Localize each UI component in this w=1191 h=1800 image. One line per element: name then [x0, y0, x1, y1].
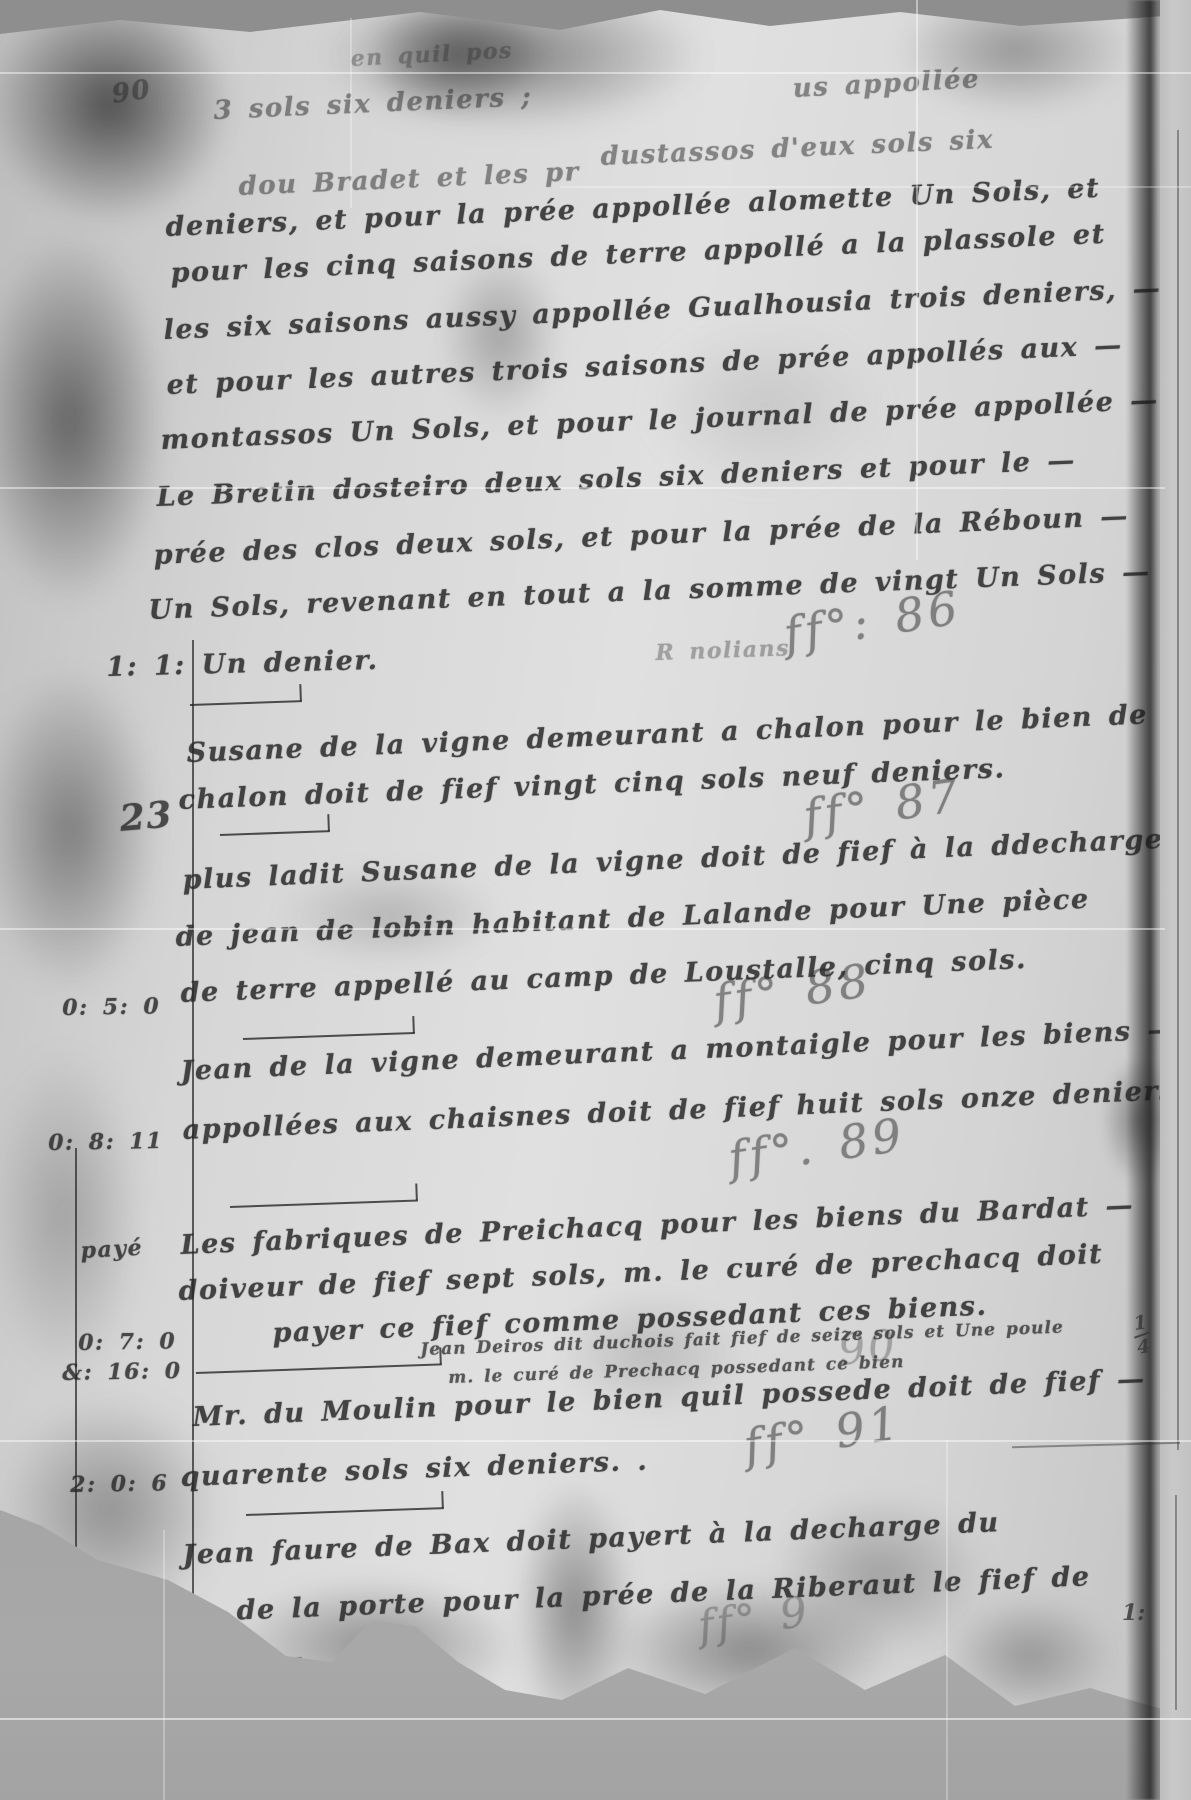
manuscript-line: appollées aux chaisnes doit de fief huit… — [182, 1075, 1187, 1146]
manuscript-line: montassos Un Sols, et pour le journal de… — [160, 385, 1159, 456]
manuscript-line: 3 sols six deniers ; — [213, 82, 533, 126]
manuscript-line: de terre appellé au camp de Loustalle, c… — [180, 944, 1027, 1009]
manuscript-line: et pour les autres trois saisons de prée… — [166, 330, 1123, 401]
manuscript-line: us appollée — [792, 64, 981, 104]
manuscript-line: Jean faure de Bax doit payert à la decha… — [182, 1507, 1000, 1571]
manuscript-line: dustassos d'eux sols six — [600, 125, 995, 172]
margin-paid-note: payé — [80, 1235, 144, 1264]
manuscript-line: Un Sols, revenant en tout a la somme de … — [148, 557, 1151, 626]
manuscript-line: de jean de lobin habitant de Lalande pou… — [175, 884, 1090, 953]
margin-sum-line: 1: 1: Un denier. — [106, 645, 379, 683]
manuscript-scan: en quil pos903 sols six deniers ;us appo… — [0, 0, 1191, 1800]
margin-mark: 23 — [118, 793, 175, 839]
margin-sum: 2: 0: 6 — [70, 1470, 168, 1498]
ghost-header-line: en quil pos — [350, 38, 513, 72]
margin-sum: 0: 7: 0 — [78, 1328, 176, 1356]
margin-mark: 90 — [110, 75, 153, 110]
folio-mark-90: 90 — [836, 1320, 900, 1375]
manuscript-line: plus ladit Susane de la vigne doit de fi… — [182, 824, 1164, 896]
margin-sum: 0: 8: 11 — [48, 1128, 163, 1156]
crease-line — [0, 1718, 1191, 1720]
manuscript-text-layer: en quil pos903 sols six deniers ;us appo… — [0, 0, 1165, 1800]
manuscript-page: en quil pos903 sols six deniers ;us appo… — [0, 0, 1165, 1800]
manuscript-line: prée des clos deux sols, et pour la prée… — [153, 501, 1129, 571]
manuscript-line: quarente sols six deniers. . — [180, 1446, 649, 1493]
fraction-denominator: 4 — [1136, 1335, 1152, 1359]
facing-page-edge — [1160, 0, 1191, 1800]
manuscript-line: Le Bretin dosteiro deux sols six deniers… — [156, 445, 1076, 513]
manuscript-line: Jean de la vigne demeurant a montaigle p… — [180, 1014, 1176, 1087]
bleedthrough-text: R nolians — [655, 635, 790, 666]
manuscript-line: Sr. de la porte pour la prée de la Riber… — [175, 1561, 1091, 1629]
right-margin-mark: 1: — [1122, 1600, 1145, 1626]
page-edge-line — [1175, 1495, 1177, 1710]
margin-sum: &: 16: 0 — [62, 1358, 182, 1386]
page-edge-line — [1177, 130, 1179, 1450]
margin-sum: 0: 5: 0 — [62, 993, 160, 1021]
manuscript-line: dou Bradet et les pr — [238, 157, 580, 202]
manuscript-line: dix sols. — [190, 1653, 332, 1689]
